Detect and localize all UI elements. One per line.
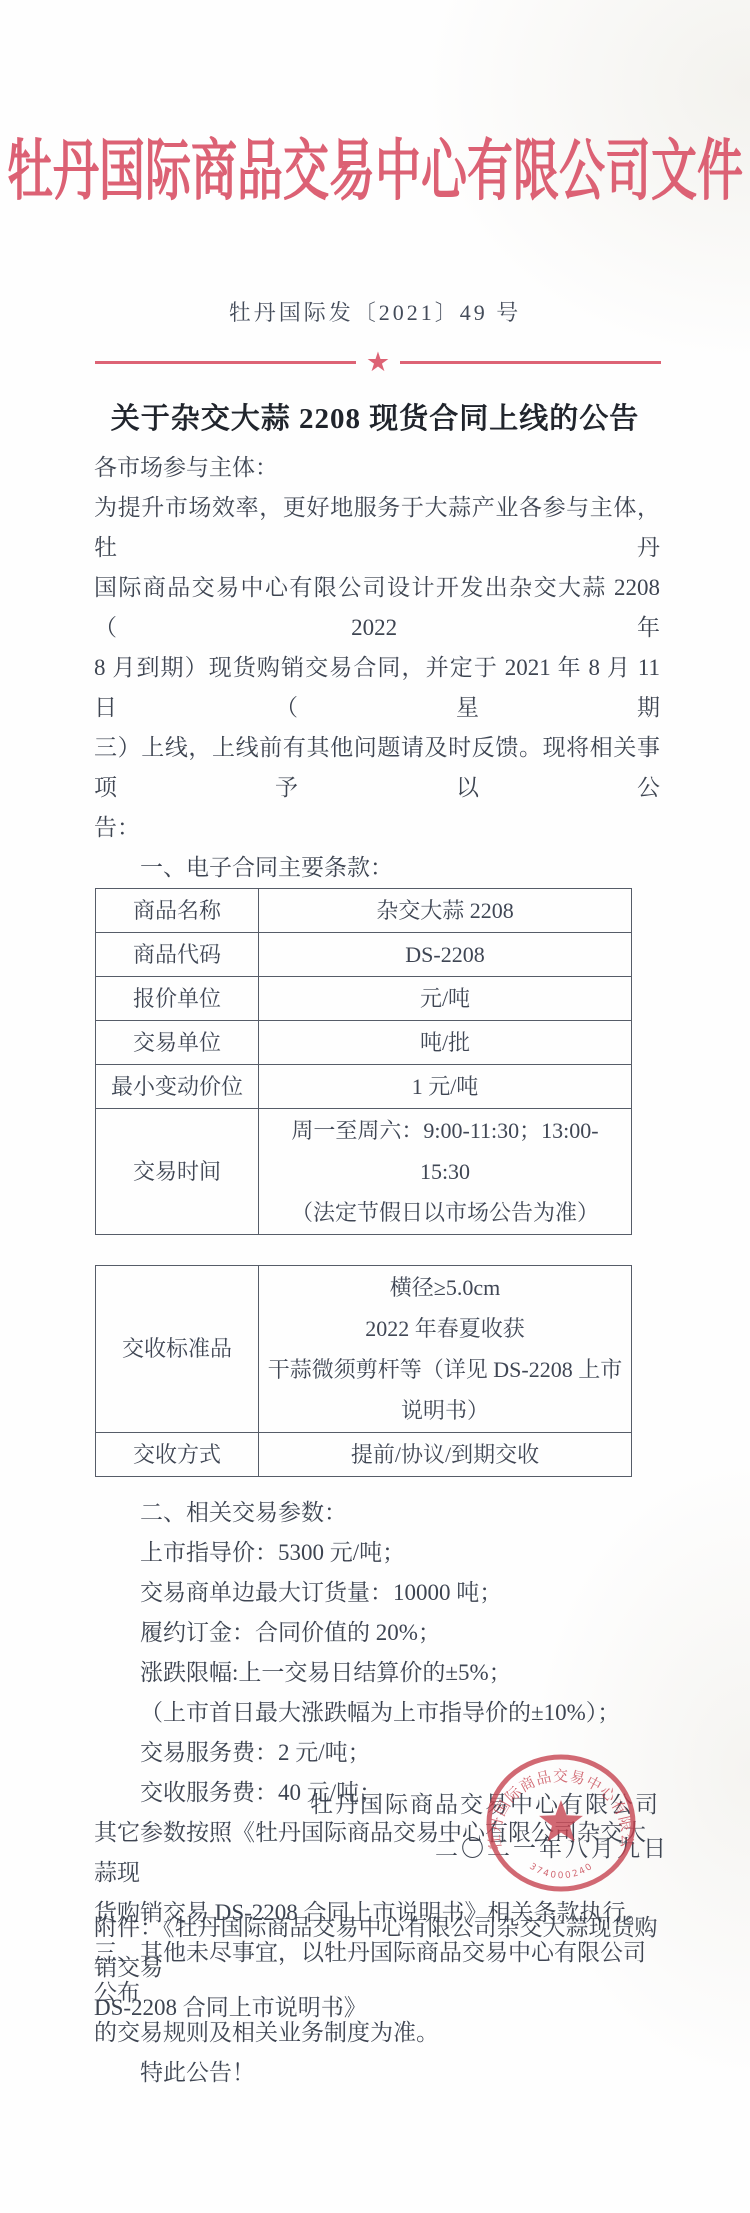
red-divider: ★ xyxy=(95,346,661,378)
table-row: 报价单位 元/吨 xyxy=(96,977,632,1021)
section-heading-2: 二、相关交易参数： xyxy=(94,1493,660,1533)
seal-star-icon xyxy=(539,1800,583,1842)
table-row: 交易时间 周一至周六：9:00-11:30；13:00-15:30（法定节假日以… xyxy=(96,1109,632,1235)
star-icon: ★ xyxy=(366,349,390,376)
parameter-line: 交易商单边最大订货量：10000 吨； xyxy=(94,1573,660,1613)
salutation: 各市场参与主体： xyxy=(94,448,660,488)
table-row: 商品代码 DS-2208 xyxy=(96,933,632,977)
row-label: 交收方式 xyxy=(96,1433,259,1477)
section-heading-1: 一、电子合同主要条款： xyxy=(94,848,660,888)
parameter-line: 上市指导价：5300 元/吨； xyxy=(94,1533,660,1573)
value-line: 1 元/吨 xyxy=(267,1066,623,1107)
value-line: 周一至周六：9:00-11:30；13:00-15:30 xyxy=(267,1110,623,1192)
row-value: 横径≥5.0cm2022 年春夏收获干蒜微须剪杆等（详见 DS-2208 上市说… xyxy=(259,1266,632,1433)
row-label: 交收标准品 xyxy=(96,1266,259,1433)
row-label: 商品名称 xyxy=(96,889,259,933)
row-label: 交易单位 xyxy=(96,1021,259,1065)
value-line: 干蒜微须剪杆等（详见 DS-2208 上市说明书） xyxy=(267,1349,623,1431)
row-value: 元/吨 xyxy=(259,977,632,1021)
paragraph-line: 8 月到期）现货购销交易合同，并定于 2021 年 8 月 11 日（星期 xyxy=(94,648,660,728)
delivery-standard-table: 交收标准品 横径≥5.0cm2022 年春夏收获干蒜微须剪杆等（详见 DS-22… xyxy=(95,1265,632,1477)
value-line: DS-2208 xyxy=(267,934,623,975)
divider-bar-left xyxy=(95,361,356,364)
row-value: DS-2208 xyxy=(259,933,632,977)
document-number: 牡丹国际发〔2021〕49 号 xyxy=(0,296,750,327)
row-label: 报价单位 xyxy=(96,977,259,1021)
value-line: 元/吨 xyxy=(267,978,623,1019)
closing-statement: 特此公告！ xyxy=(94,2053,660,2093)
paragraph-line: 国际商品交易中心有限公司设计开发出杂交大蒜 2208（2022 年 xyxy=(94,568,660,648)
notice-title: 关于杂交大蒜 2208 现货合同上线的公告 xyxy=(0,396,750,437)
row-value: 杂交大蒜 2208 xyxy=(259,889,632,933)
table-row: 交收标准品 横径≥5.0cm2022 年春夏收获干蒜微须剪杆等（详见 DS-22… xyxy=(96,1266,632,1433)
paragraph-line: 为提升市场效率，更好地服务于大蒜产业各参与主体，牡丹 xyxy=(94,488,660,568)
contract-terms-table: 商品名称 杂交大蒜 2208 商品代码 DS-2208 报价单位 元/吨 交易单… xyxy=(95,888,632,1235)
table-row: 最小变动价位 1 元/吨 xyxy=(96,1065,632,1109)
value-line: 吨/批 xyxy=(267,1022,623,1063)
svg-text:牡丹国际商品交易中心有限公司: 牡丹国际商品交易中心有限公司 xyxy=(482,1751,635,1850)
parameter-line: 履约订金：合同价值的 20%； xyxy=(94,1613,660,1653)
value-line: （法定节假日以市场公告为准） xyxy=(267,1192,623,1233)
value-line: 杂交大蒜 2208 xyxy=(267,890,623,931)
value-line: 提前/协议/到期交收 xyxy=(267,1434,623,1475)
row-label: 最小变动价位 xyxy=(96,1065,259,1109)
row-label: 商品代码 xyxy=(96,933,259,977)
value-line: 2022 年春夏收获 xyxy=(267,1308,623,1349)
parameter-line: （上市首日最大涨跌幅为上市指导价的±10%）； xyxy=(94,1693,660,1733)
table-row: 交易单位 吨/批 xyxy=(96,1021,632,1065)
company-seal: 牡丹国际商品交易中心有限公司 374000240062 xyxy=(482,1751,640,1897)
table-row: 交收方式 提前/协议/到期交收 xyxy=(96,1433,632,1477)
attachment-note: 附件：《牡丹国际商品交易中心有限公司杂交大蒜现货购销交易DS-2208 合同上市… xyxy=(94,1908,664,2028)
row-value: 周一至周六：9:00-11:30；13:00-15:30（法定节假日以市场公告为… xyxy=(259,1109,632,1235)
paragraph-line: 告： xyxy=(94,808,660,848)
attachment-line: DS-2208 合同上市说明书》 xyxy=(94,1988,664,2028)
row-value: 吨/批 xyxy=(259,1021,632,1065)
row-value: 1 元/吨 xyxy=(259,1065,632,1109)
table-row: 商品名称 杂交大蒜 2208 xyxy=(96,889,632,933)
paragraph-line: 三）上线，上线前有其他问题请及时反馈。现将相关事项予以公 xyxy=(94,728,660,808)
org-letterhead-title: 牡丹国际商品交易中心有限公司文件 xyxy=(0,118,750,214)
value-line: 横径≥5.0cm xyxy=(267,1267,623,1308)
row-label: 交易时间 xyxy=(96,1109,259,1235)
seal-ring-text: 牡丹国际商品交易中心有限公司 xyxy=(482,1751,635,1850)
intro-paragraph: 为提升市场效率，更好地服务于大蒜产业各参与主体，牡丹国际商品交易中心有限公司设计… xyxy=(94,488,660,848)
divider-bar-right xyxy=(400,361,661,364)
row-value: 提前/协议/到期交收 xyxy=(259,1433,632,1477)
attachment-line: 附件：《牡丹国际商品交易中心有限公司杂交大蒜现货购销交易 xyxy=(94,1908,664,1988)
official-document-page: 牡丹国际商品交易中心有限公司文件 牡丹国际发〔2021〕49 号 ★ 关于杂交大… xyxy=(0,0,750,2213)
parameter-line: 涨跌限幅:上一交易日结算价的±5%； xyxy=(94,1653,660,1693)
